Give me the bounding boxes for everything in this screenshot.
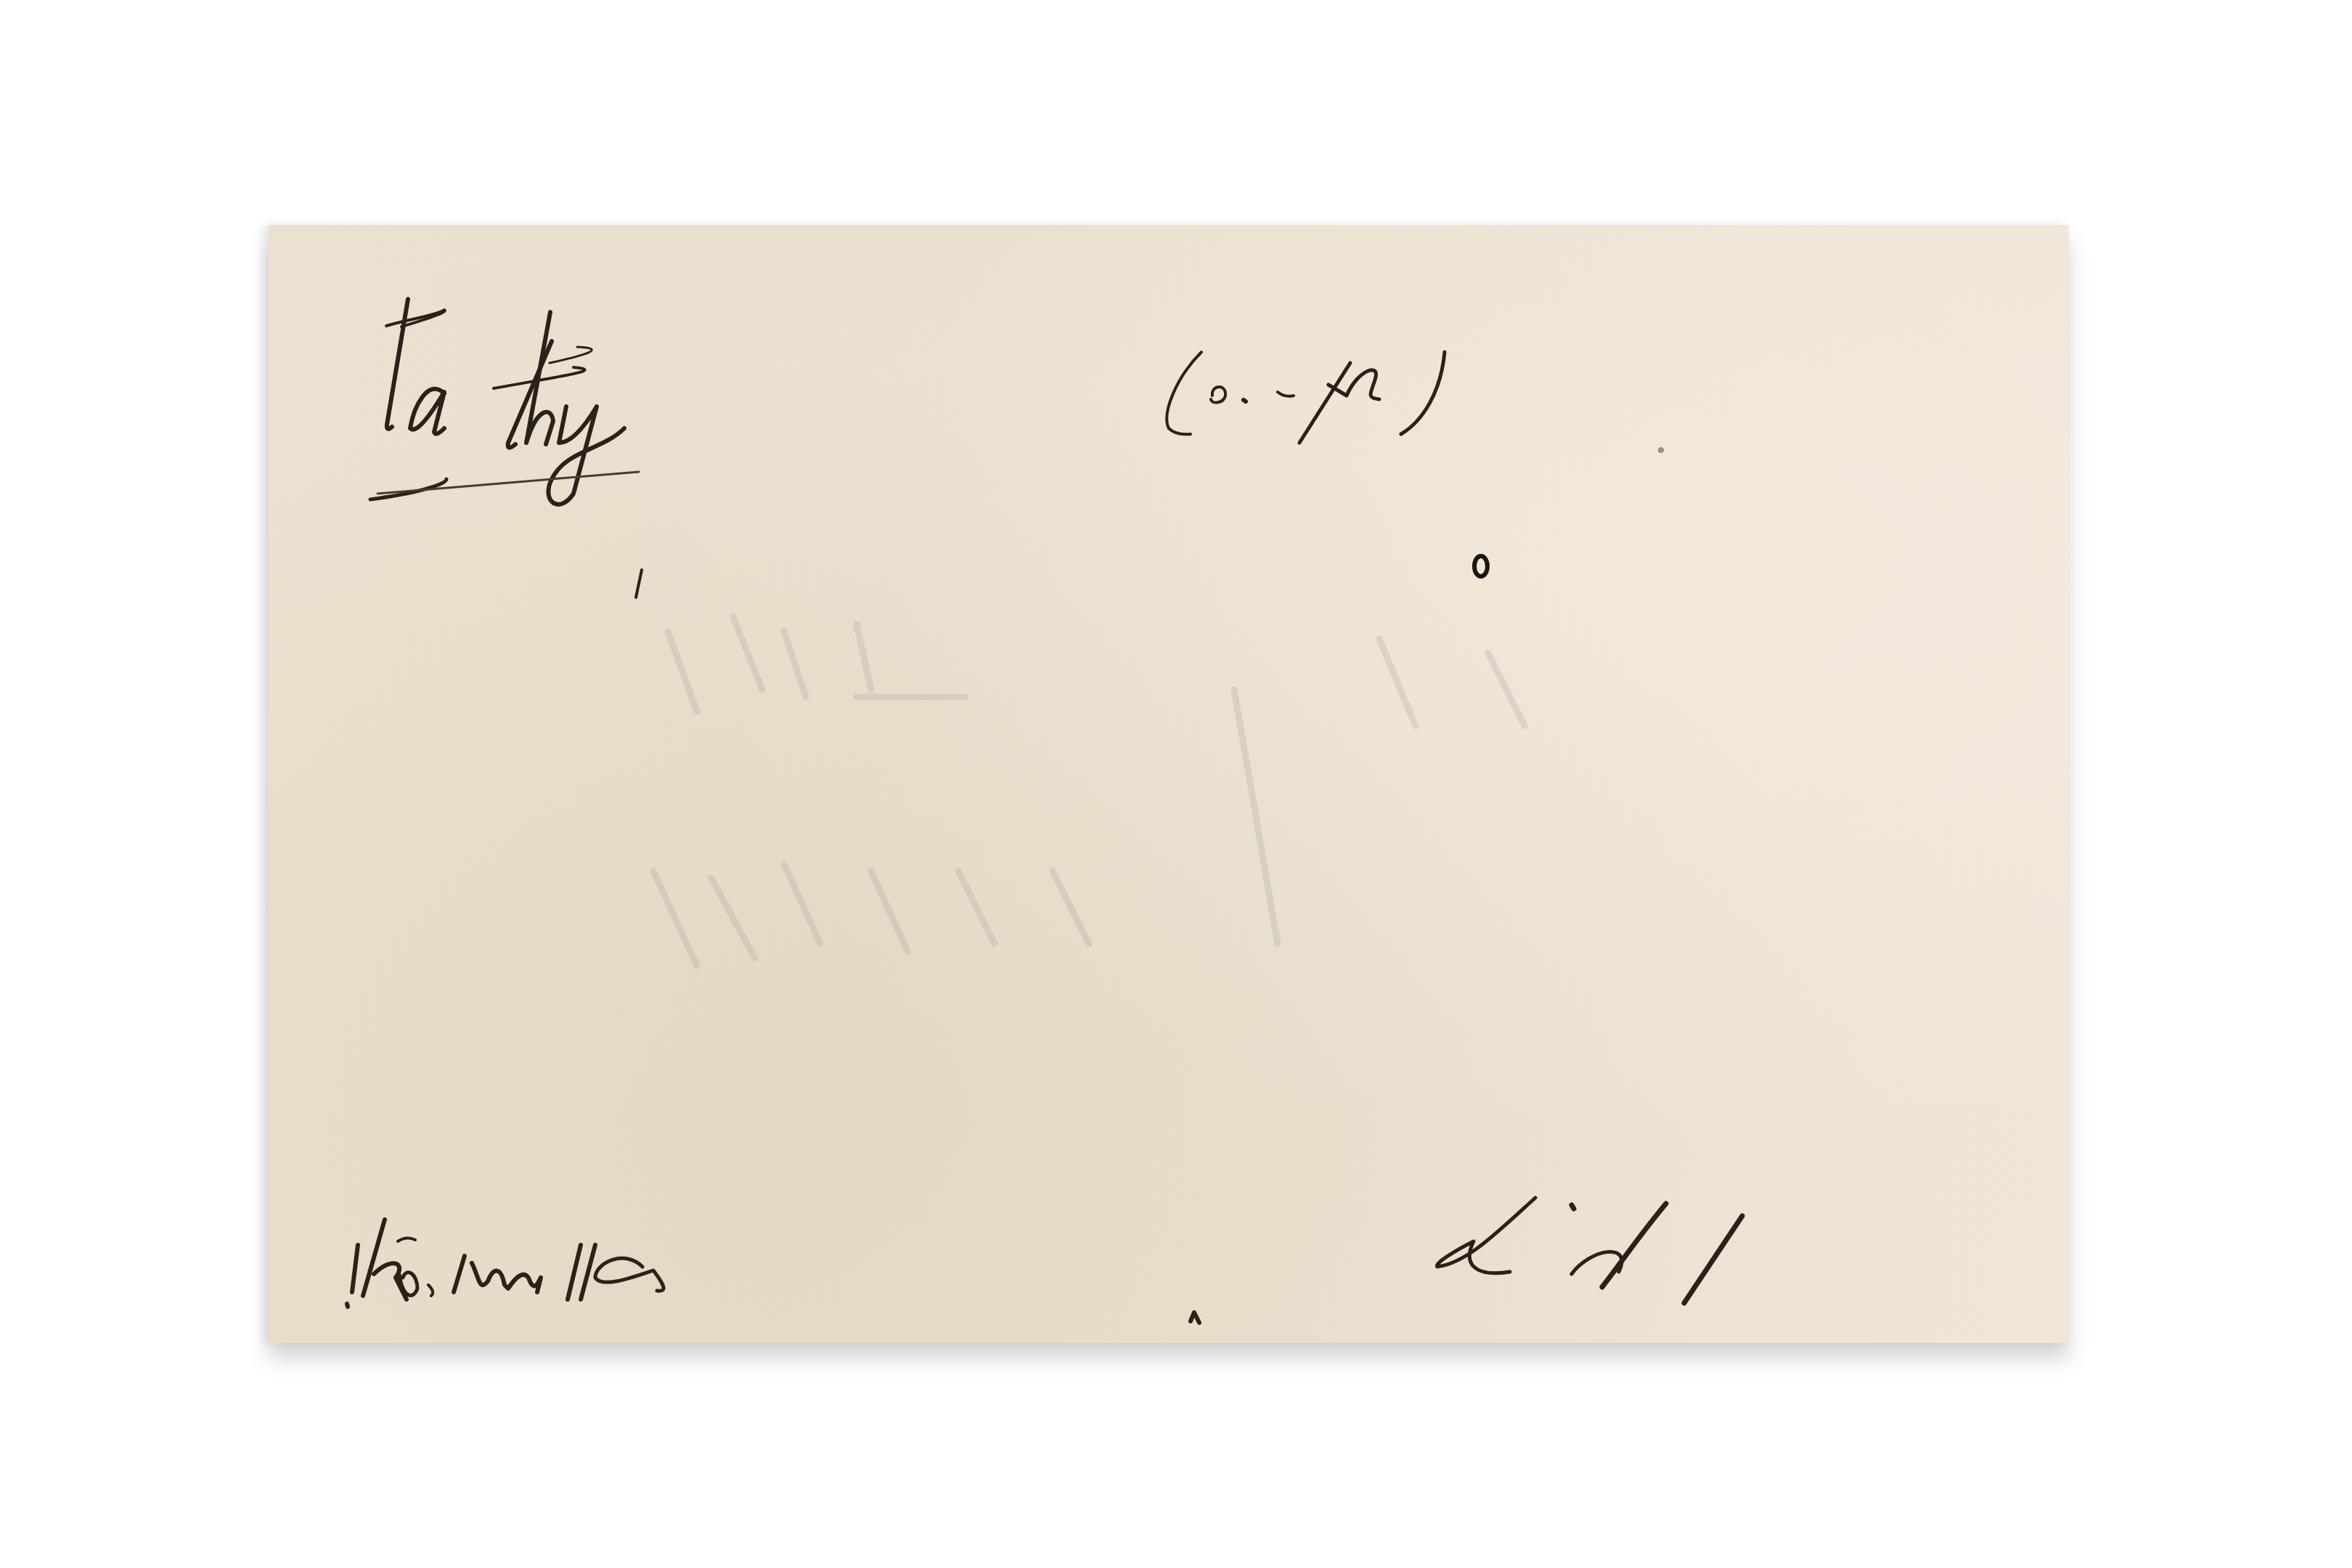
bottom-left-note xyxy=(347,1220,663,1307)
tone-mark-stroke xyxy=(636,570,642,597)
underline-thy xyxy=(377,472,639,494)
handwriting xyxy=(0,0,2352,1568)
grammar-note xyxy=(1167,352,1445,443)
edge-nick xyxy=(1191,1312,1199,1323)
headword-ta xyxy=(370,299,446,499)
bleed-through-marks xyxy=(653,617,1524,965)
bottom-right-note xyxy=(1437,1198,1742,1303)
tone-mark-circle xyxy=(1474,556,1487,576)
paper-speck xyxy=(1658,447,1664,453)
